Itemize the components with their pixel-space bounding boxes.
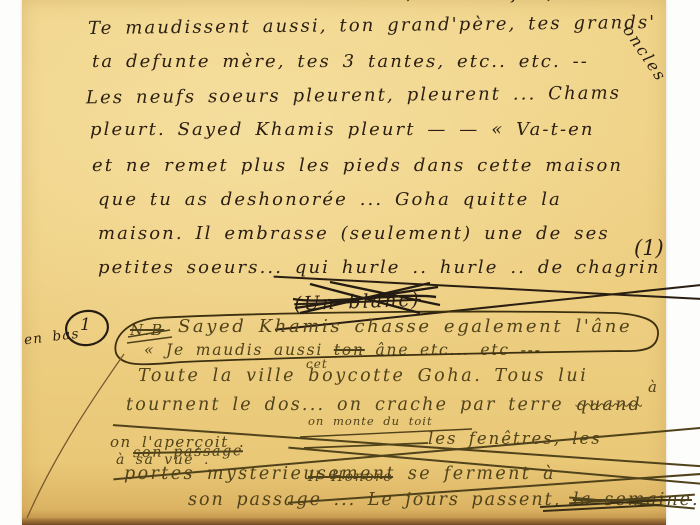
insert-toit: on monte du toit [308,415,433,428]
insert-a: à [648,379,659,396]
margin-note-number: 1 [80,316,91,335]
line-backs: tournent le dos... on crache par terre q… [126,396,642,415]
footnote-line2: « Je maudis aussi ton âne etc... etc --- [144,342,542,359]
line-days-pre: son passage ... Le jours passent, [188,490,573,510]
footnote-line1: Sayed Khamis chasse egalement l'âne [178,317,632,337]
line-family: ta defunte mère, tes 3 tantes, etc.. etc… [92,52,589,72]
line-apercoit: on l'aperçoit . [110,434,245,451]
line-backs-deleted: quand [576,395,642,415]
line-feet: et ne remet plus les pieds dans cette ma… [92,156,623,176]
line-windows: les fenêtres, les [428,430,602,448]
line-backs-pre: tournent le dos... on crache par terre [126,395,576,415]
line-cry: petites soeurs... qui hurle .. hurle .. … [98,258,661,278]
line-days-deleted: la semaine [573,490,692,510]
footnote-line2-post: âne etc... etc --- [365,341,542,359]
line-top-partial: ... et le mauvais, met le feu, [215,0,555,4]
footnote-marker: (1) [634,237,664,260]
line-pleure: pleurt. Sayed Khamis pleurt — — « Va-t-e… [90,120,595,140]
line-days: son passage ... Le jours passent, la sem… [188,491,700,510]
footnote-line2-deleted: ton [334,341,365,359]
line-doors: portes mysterieusement se ferment à [124,465,556,484]
paper-bottom-edge [22,518,666,525]
line-kiss: maison. Il embrasse (seulement) une de s… [98,224,610,244]
line-dishonor: que tu as deshonorée ... Goha quitte la [98,190,562,210]
scanned-page: ... et le mauvais, met le feu, Te maudis… [0,0,700,525]
line-boycott: Toute la ville boycotte Goha. Tous lui [138,367,588,386]
deleted-nb: N.B [130,322,164,339]
